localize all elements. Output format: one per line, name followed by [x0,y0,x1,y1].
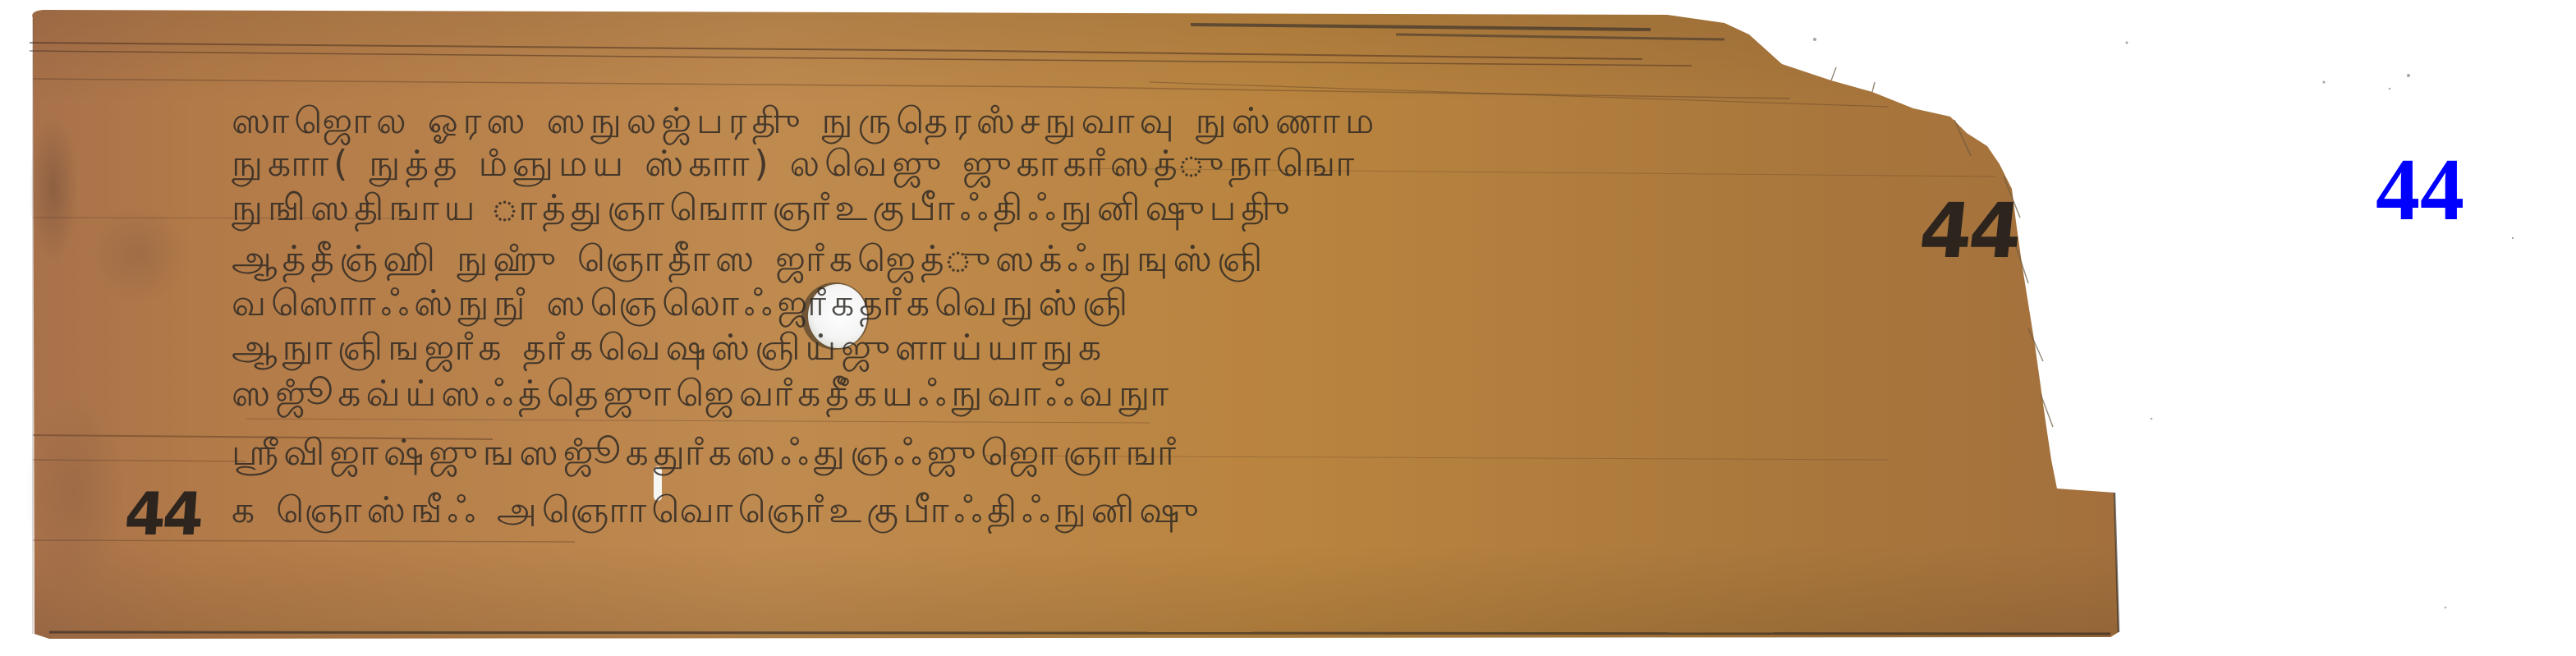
script-line-4: ஆத்தீஞ்ஹி நுஹுஂ ஞொதீாஸ ஜாஂகஜெத்ுஸக்ஃநுஙு… [232,238,1267,285]
script-line-1: ஸாஜொல ஓரஸ ஸநுலஜ்பரதிு நுருதெரஸஂசநுவாவு ந… [232,100,1379,147]
script-line-8: ஸ்ரீவிஜாஷ்ஜுஙஸஜூஂகதுாஂகஸஃதுஞஃஜுஜொஞாஙாஂ [232,432,1181,479]
script-line-2: நுகாா( நுத்த மஂஞுமய ஸ்காா) லவெஜு ஜுகாகாஂ… [232,143,1359,190]
script-line-6: ஆநுாஞிஙஜாஂக தாஂகவெஷஸ்ஞிய்ஜுளாய்யாநுக [232,327,1106,374]
folio-mark-right: 44 [1915,187,2023,275]
scan-canvas: 44 44 ஸாஜொல ஓரஸ ஸநுலஜ்பரதிு நுருதெரஸஂசநு… [0,0,2576,656]
script-line-3: நுஙிஸதிஙாய ாத்துஞாஙொாஞாஂஉகுபீாஃதிஃநுனிஷு… [232,187,1294,234]
script-line-5: வஸொாஃஸ்நுநுஂ ஸஞெலொஃஜாஂகதாஂகவெநுஸ்ஞி [232,282,1132,329]
folio-mark-bottom-left: 44 [122,479,203,548]
script-line-9: க ஞொஸ்ஙீஃ அஞொாவொஞொஂஉகுபீாஃதிஃநுனிஷு [232,489,1203,536]
page-number-label: 44 [2376,146,2464,235]
script-line-7: ஸஜூஂகவ்ய்ஸஃத்தெஜுாஜெவாஂகதீஂகயஃநுவாஃவநுா [232,373,1173,420]
